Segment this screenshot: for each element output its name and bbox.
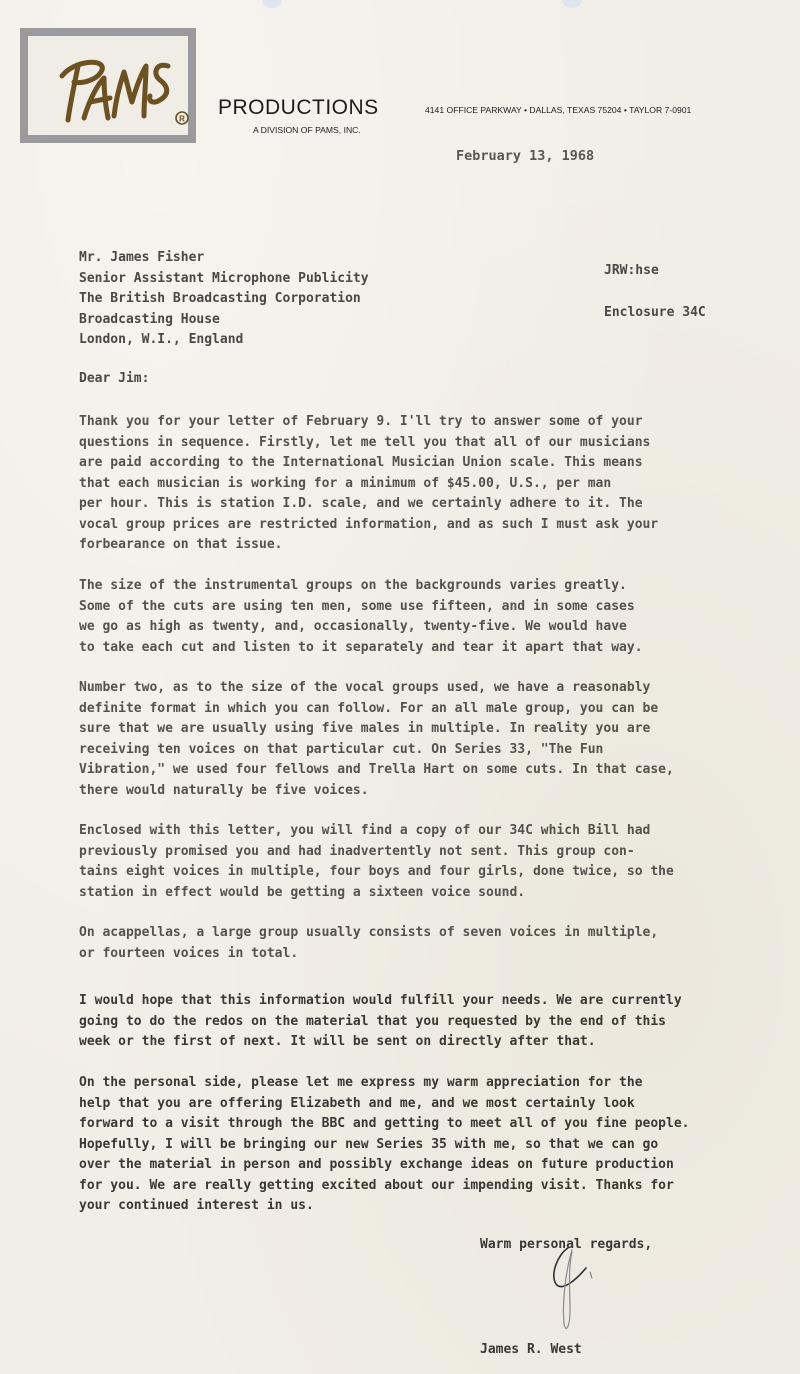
punch-hole xyxy=(262,0,282,8)
company-name: PRODUCTIONS xyxy=(218,96,379,120)
salutation: Dear Jim: xyxy=(79,371,149,386)
recipient-name: Mr. James Fisher xyxy=(79,248,369,269)
body-paragraph: On acappellas, a large group usually con… xyxy=(79,923,769,964)
body-paragraph: Number two, as to the size of the vocal … xyxy=(79,678,769,801)
recipient-building: Broadcasting House xyxy=(79,310,369,331)
body-paragraph: Thank you for your letter of February 9.… xyxy=(79,412,769,556)
recipient-title: Senior Assistant Microphone Publicity xyxy=(79,269,369,290)
recipient-city: London, W.I., England xyxy=(79,330,369,351)
handwritten-signature xyxy=(540,1240,610,1344)
recipient-organization: The British Broadcasting Corporation xyxy=(79,289,369,310)
signer-name: James R. West xyxy=(480,1342,582,1357)
enclosure-note: Enclosure 34C xyxy=(604,305,706,320)
svg-text:R: R xyxy=(179,115,185,124)
reference-initials: JRW:hse xyxy=(604,263,659,278)
body-paragraph: I would hope that this information would… xyxy=(79,991,769,1053)
letter-date: February 13, 1968 xyxy=(456,148,594,164)
recipient-address: Mr. James Fisher Senior Assistant Microp… xyxy=(79,248,369,351)
body-paragraph: The size of the instrumental groups on t… xyxy=(79,576,769,658)
signature-scribble-icon xyxy=(540,1240,610,1340)
body-paragraph: On the personal side, please let me expr… xyxy=(79,1073,769,1217)
company-address: 4141 OFFICE PARKWAY • DALLAS, TEXAS 7520… xyxy=(425,105,691,115)
pams-logo: R xyxy=(20,28,196,143)
company-division: A DIVISION OF PAMS, INC. xyxy=(253,125,361,135)
punch-hole xyxy=(562,0,582,8)
pams-logo-script-icon: R xyxy=(44,42,194,132)
body-paragraph: Enclosed with this letter, you will find… xyxy=(79,821,769,903)
